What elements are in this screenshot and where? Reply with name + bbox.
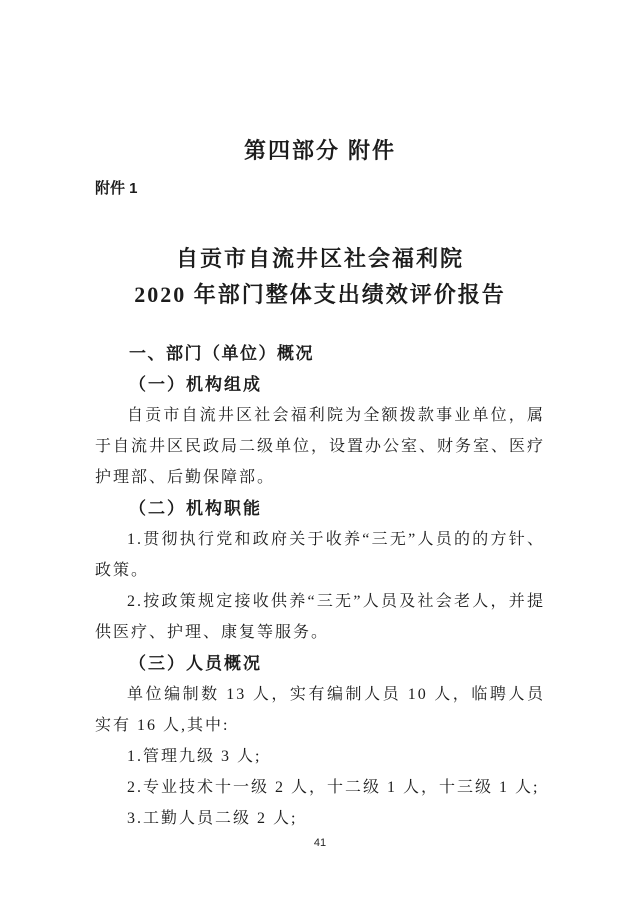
paragraph-staffing: 单位编制数 13 人，实有编制人员 10 人，临聘人员实有 16 人,其中: <box>95 679 545 741</box>
page-number: 41 <box>0 837 640 849</box>
subsection-1-2-heading: （二）机构职能 <box>95 493 545 524</box>
report-title: 自贡市自流井区社会福利院 2020 年部门整体支出绩效评价报告 <box>95 241 545 313</box>
paragraph-function-2: 2.按政策规定接收供养“三无”人员及社会老人，并提供医疗、护理、康复等服务。 <box>95 586 545 648</box>
document-page: 第四部分 附件 附件 1 自贡市自流井区社会福利院 2020 年部门整体支出绩效… <box>0 0 640 906</box>
staffing-list-item-3: 3.工勤人员二级 2 人; <box>95 803 545 834</box>
staffing-list-item-2: 2.专业技术十一级 2 人，十二级 1 人，十三级 1 人; <box>95 772 545 803</box>
part-heading: 第四部分 附件 <box>95 138 545 163</box>
report-title-line1: 自贡市自流井区社会福利院 <box>95 241 545 277</box>
report-body: 一、部门（单位）概况 （一）机构组成 自贡市自流井区社会福利院为全额拨款事业单位… <box>95 338 545 834</box>
report-title-line2: 2020 年部门整体支出绩效评价报告 <box>95 277 545 313</box>
attachment-label: 附件 1 <box>95 180 545 198</box>
paragraph-function-1: 1.贯彻执行党和政府关于收养“三无”人员的的方针、政策。 <box>95 524 545 586</box>
subsection-1-3-heading: （三）人员概况 <box>95 648 545 679</box>
paragraph-organization: 自贡市自流井区社会福利院为全额拨款事业单位，属于自流井区民政局二级单位，设置办公… <box>95 400 545 493</box>
subsection-1-1-heading: （一）机构组成 <box>95 369 545 400</box>
section-1-heading: 一、部门（单位）概况 <box>95 338 545 369</box>
staffing-list-item-1: 1.管理九级 3 人; <box>95 741 545 772</box>
